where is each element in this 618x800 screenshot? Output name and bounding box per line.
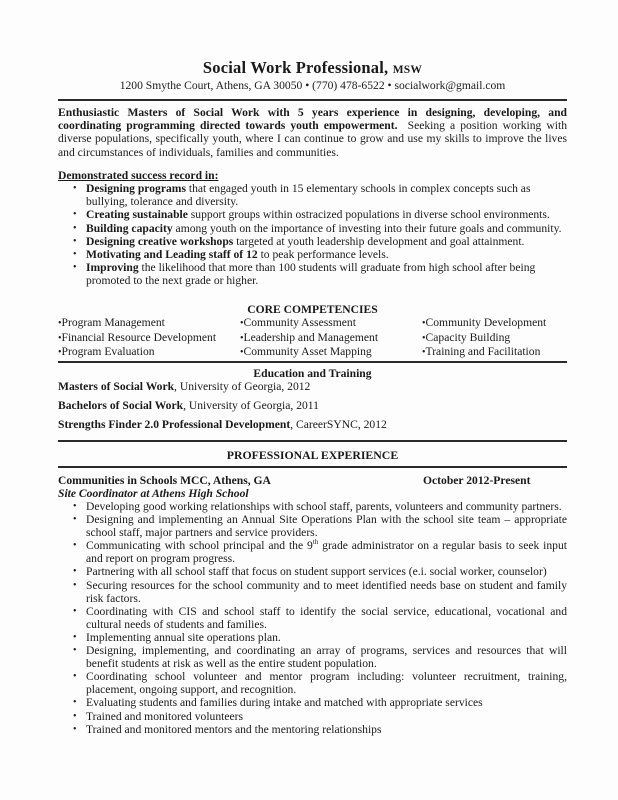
address: 1200 Smythe Court, Athens, GA 30050: [120, 79, 303, 92]
duty-item: Implementing annual site operations plan…: [58, 631, 567, 644]
duty-item: Trained and monitored volunteers: [58, 710, 567, 723]
competency-item: Training and Facilitation: [422, 345, 567, 360]
competency-item: Program Evaluation: [58, 345, 240, 360]
item-bold: Building capacity: [86, 222, 173, 235]
ordinal-suffix: th: [313, 538, 318, 546]
competency-item: Financial Resource Development: [58, 331, 240, 346]
duty-list: Developing good working relationships wi…: [58, 500, 567, 736]
competency-item: Program Management: [58, 316, 240, 331]
duty-item: Securing resources for the school commun…: [58, 579, 567, 605]
duty-item: Partnering with all school staff that fo…: [58, 565, 567, 578]
degree-detail: , University of Georgia, 2012: [174, 380, 310, 393]
duty-item: Communicating with school principal and …: [58, 539, 567, 565]
phone: (770) 478-6522: [312, 79, 384, 92]
success-heading: Demonstrated success record in:: [58, 169, 218, 182]
item-bold: Creating sustainable: [86, 208, 188, 221]
competency-item: Leadership and Management: [240, 331, 422, 346]
job-dates: October 2012-Present: [423, 474, 530, 487]
item-bold: Designing creative workshops: [86, 235, 233, 248]
list-item: Designing creative workshops targeted at…: [58, 235, 567, 248]
item-bold: Motivating and Leading staff of 12: [86, 248, 258, 261]
competency-item: Community Asset Mapping: [240, 345, 422, 360]
item-text: to peak performance levels.: [258, 248, 389, 261]
duty-item: Developing good working relationships wi…: [58, 500, 567, 513]
item-bold: Designing programs: [86, 182, 186, 195]
item-text: targeted at youth leadership development…: [233, 235, 524, 248]
name-text: Social Work Professional,: [203, 58, 388, 77]
divider: [58, 361, 567, 363]
list-item: Creating sustainable support groups with…: [58, 208, 567, 221]
item-text: the likelihood that more than 100 studen…: [86, 261, 535, 287]
duty-item: Coordinating school volunteer and mentor…: [58, 670, 567, 696]
bullet-separator-icon: •: [305, 79, 309, 92]
contact-line: 1200 Smythe Court, Athens, GA 30050 • (7…: [58, 79, 567, 93]
competency-item: Capacity Building: [422, 331, 567, 346]
degree-detail: , University of Georgia, 2011: [183, 399, 319, 412]
candidate-name: Social Work Professional, MSW: [58, 58, 567, 80]
education-entry: Masters of Social Work, University of Ge…: [58, 380, 567, 393]
success-list: Designing programs that engaged youth in…: [58, 182, 567, 288]
list-item: Building capacity among youth on the imp…: [58, 222, 567, 235]
competencies-heading: CORE COMPETENCIES: [58, 303, 567, 316]
item-bold: Improving: [86, 261, 139, 274]
competencies-grid: Program Management Community Assessment …: [58, 316, 567, 360]
bullet-separator-icon: •: [388, 79, 392, 92]
experience-heading: PROFESSIONAL EXPERIENCE: [58, 449, 567, 462]
summary-paragraph: Enthusiastic Masters of Social Work with…: [58, 106, 567, 159]
degree: Strengths Finder 2.0 Professional Develo…: [58, 418, 290, 431]
competency-item: Community Assessment: [240, 316, 422, 331]
duty-item: Evaluating students and families during …: [58, 696, 567, 709]
job-role: Site Coordinator at Athens High School: [58, 487, 249, 500]
competency-item: Community Development: [422, 316, 567, 331]
credential: MSW: [393, 64, 422, 76]
list-item: Improving the likelihood that more than …: [58, 261, 567, 287]
list-item: Motivating and Leading staff of 12 to pe…: [58, 248, 567, 261]
degree: Bachelors of Social Work: [58, 399, 183, 412]
divider: [58, 466, 567, 468]
duty-item: Coordinating with CIS and school staff t…: [58, 605, 567, 631]
education-heading: Education and Training: [58, 367, 567, 380]
duty-item: Trained and monitored mentors and the me…: [58, 723, 567, 736]
item-text: support groups within ostracized populat…: [188, 208, 550, 221]
list-item: Designing programs that engaged youth in…: [58, 182, 567, 208]
degree-detail: , CareerSYNC, 2012: [290, 418, 387, 431]
education-entry: Bachelors of Social Work, University of …: [58, 399, 567, 412]
divider: [58, 99, 567, 101]
duty-item: Designing, implementing, and coordinatin…: [58, 644, 567, 670]
duty-item: Designing and implementing an Annual Sit…: [58, 513, 567, 539]
education-entry: Strengths Finder 2.0 Professional Develo…: [58, 418, 567, 431]
degree: Masters of Social Work: [58, 380, 174, 393]
item-text: among youth on the importance of investi…: [173, 222, 562, 235]
email-link[interactable]: socialwork@gmail.com: [395, 79, 506, 92]
divider: [58, 440, 567, 442]
